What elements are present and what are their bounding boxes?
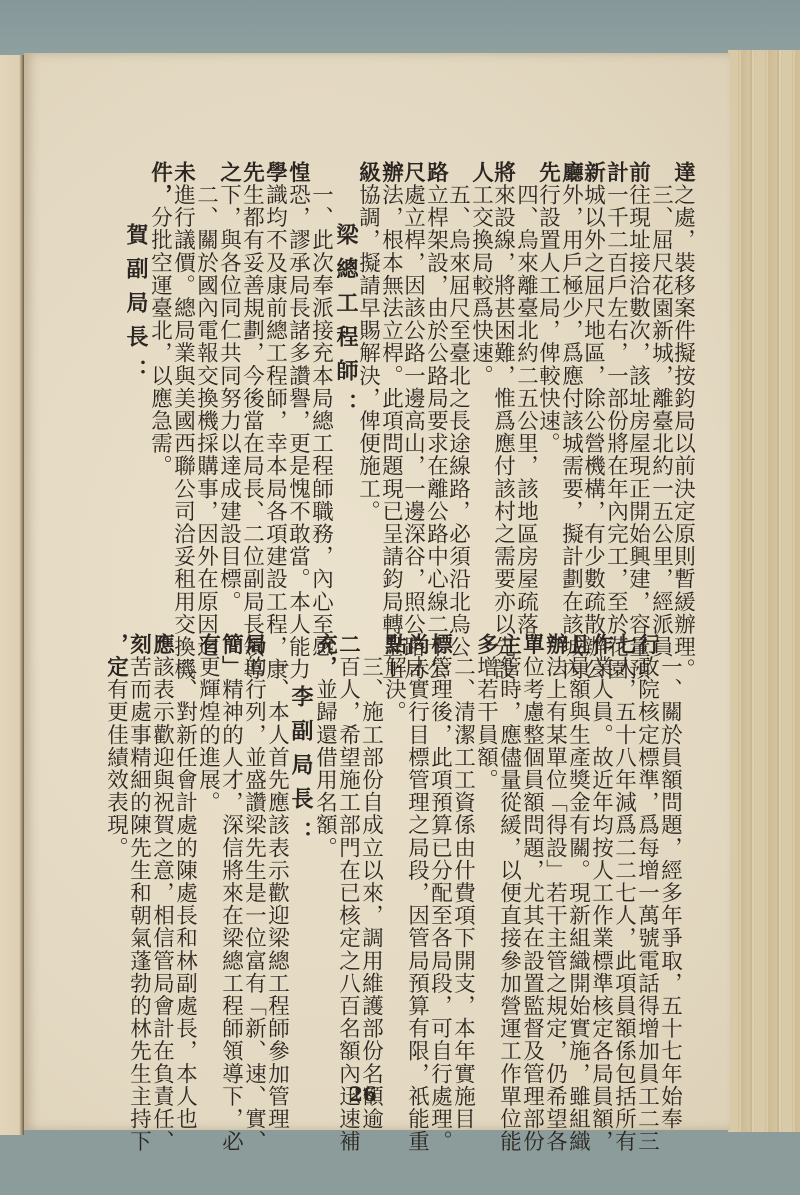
text-column: 作業人員。故近年均按人工作業標準核定各局員額， <box>590 633 612 1153</box>
text-column: 應該表示歡迎與祝賀之意，相信管局會計在負責任、 <box>151 633 173 1153</box>
speaker-heading-liang: 梁總工程師： <box>334 223 356 427</box>
text-column: 二、對新任會計處的陳處長和林副處長，本人也 <box>174 633 196 1130</box>
text-column: 惶恐，謬承局長諸多讚譽，更是愧不敢當。本人能力 <box>287 161 309 681</box>
text-column: 七人，五十八年減爲二二七人，此項員額係包括所有 <box>613 633 635 1153</box>
text-column: 學識均不及康前總工程師，幸本局各項建設工程，康 <box>264 161 286 681</box>
text-column: 達之處，裝移案件擬按鈞局以前決定原則暫緩辦理。 <box>672 161 694 681</box>
text-column: 將來設線，將甚困難，惟爲應付該村之需要亦以先設 <box>492 161 514 681</box>
text-column: 行政院核定標準，爲每增一萬號電話得增加員工二三 <box>636 633 658 1153</box>
text-column: 前往現址接洽數次，該址房屋現正開始興建，容量預 <box>627 161 649 681</box>
text-column: 簡」精神的人才，深信將來在梁總工程師領導下，必 <box>220 633 242 1153</box>
text-column: 二、清潔工工資係由什費項下開支，本年實施目 <box>452 633 474 1130</box>
text-column: 有更輝煌的進展。 <box>197 633 219 814</box>
text-column: 標管理後，此項預算已分配至各局段，可自行處理。 <box>429 633 451 1153</box>
text-column: 二百人，希望施工部門在已核定之八百名額內迅速補 <box>337 633 359 1153</box>
text-column: 充，並歸還借用名額。 <box>314 633 336 859</box>
text-column: 主管時，應儘量從緩，以便直接參加營運工作單位能 <box>498 633 520 1153</box>
text-column: ，定有更佳績效表現。 <box>105 633 127 859</box>
text-column: 五、烏來屈尺至臺北之長途線路，必須沿北烏公 <box>447 161 469 658</box>
text-column: 尺處立桿，因該公路一邊高山，一邊深谷，照公路局 <box>402 161 424 681</box>
text-column: 辦法，根本無法立桿。此項問題現已呈請鈞局轉呈上 <box>380 161 402 681</box>
text-column: 新城以外之屈尺地區，除公營機構，有少數疏散辦公 <box>582 161 604 681</box>
speaker-heading-he: 賀副局長： <box>124 223 146 393</box>
background-bottom <box>0 1130 800 1195</box>
text-column: 尚未實行目標管理之局段，因管局預算有限，祇能重 <box>406 633 428 1153</box>
text-column: 刻苦而處事精細的陳先生和朝氣蓬勃的林先生主持下 <box>128 633 150 1153</box>
text-column: 二、關於國內電報交換機採購事，因外在原因迄 <box>195 161 217 658</box>
page-number: 26 <box>349 1082 377 1106</box>
text-column: 單位考慮整個員額問題，尤其在設置監督及管理部份 <box>521 633 543 1153</box>
text-column: 四、烏來離臺北約二五公里，該地區房屋疏落， <box>515 161 537 658</box>
text-column: 點解決。 <box>383 633 405 723</box>
text-column: 三、施工部份自成立以來，調用維護部份名額逾 <box>360 633 382 1130</box>
text-column: 局的行列，並盛讚梁先生是一位富有「新、速、實、 <box>243 633 265 1153</box>
text-column: 路立桿架設，由於公路局要求在離公路中心線二十公 <box>425 161 447 681</box>
text-column: 級協調，擬請早賜解決，俾便施工。 <box>357 161 379 523</box>
text-column: 件，分批空運臺北，以應急需。 <box>149 161 171 477</box>
text-column: 多增若干員額。 <box>475 633 497 791</box>
text-column: 一、此次奉派接充本局總工程師職務，內心至感 <box>310 161 332 658</box>
left-page-edge <box>0 55 24 1135</box>
book-page: 達之處，裝移案件擬按鈞局以前決定原則暫緩辦理。 三、屈尺花園新城，離臺北約一五公… <box>24 53 730 1130</box>
background-top <box>0 0 800 56</box>
text-column: 未進行議價。總局業與美國西聯公司洽妥租用交換機 <box>172 161 194 681</box>
text-column: 三、屈尺花園新城，離臺北約一五公里，經派員 <box>650 161 672 658</box>
text-column: 辦法上有某單位「得設」若干主管之規定，仍希望各 <box>544 633 566 1153</box>
speaker-heading-li: 李副局長： <box>289 685 311 855</box>
text-column: 人工交換局較爲快速。 <box>470 161 492 387</box>
text-column: 先生都有妥善規劃，今後當在局長、二位副局長領導 <box>241 161 263 681</box>
text-column: 廳外，用戶極少，爲應付該城需要，擬計劃在該城內 <box>560 161 582 681</box>
text-column: 一、關於員額問題，經多年爭取，五十七年始奉 <box>659 633 681 1130</box>
text-column: 之下，與各位同仁共同努力以達成建設目標。 <box>218 161 240 613</box>
text-column: 先行設置人工局，俾較快速。 <box>537 161 559 455</box>
page-stack-edge <box>728 50 800 1132</box>
text-column: 計一千二百戶左右，一部份將在年內完工，至於花園 <box>605 161 627 681</box>
text-column: 一、本人首先應該表示歡迎梁總工程師參加管理 <box>266 633 288 1130</box>
text-column: 且員額與生產獎金有關。現新組織開始實施，雖組織 <box>567 633 589 1153</box>
